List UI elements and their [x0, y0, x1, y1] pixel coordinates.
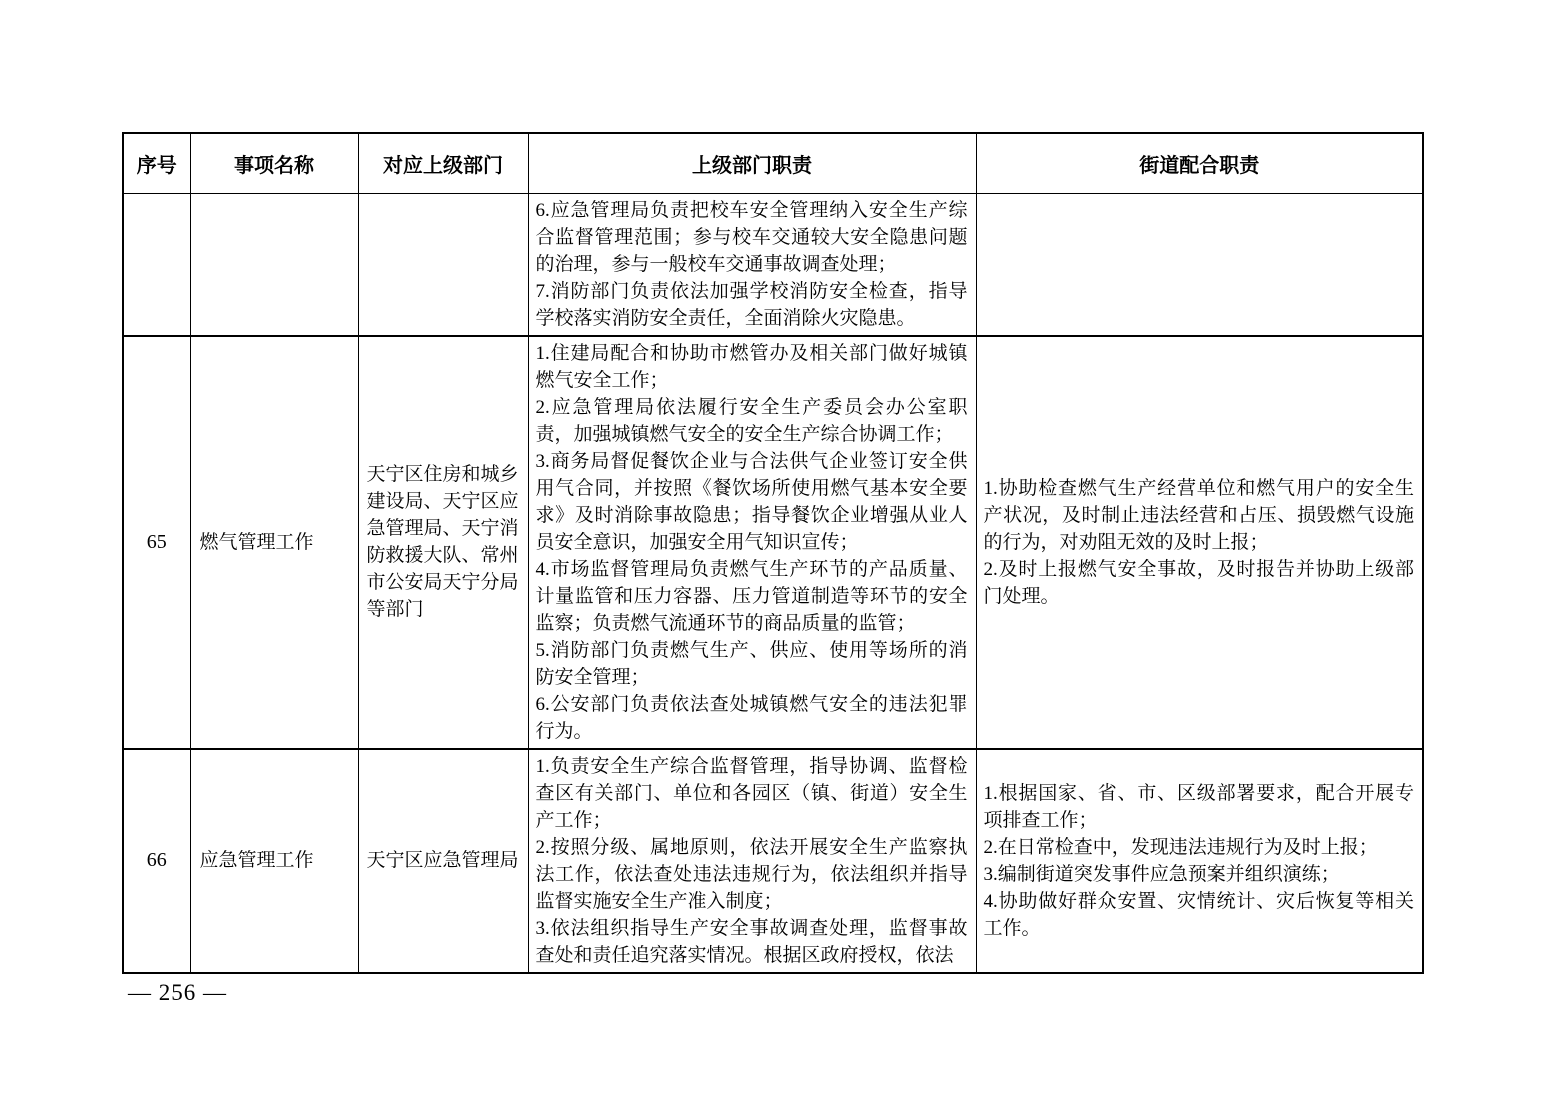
document-page: 序号 事项名称 对应上级部门 上级部门职责 街道配合职责 6.应急管理局负责把校… [0, 0, 1559, 1102]
cell-street-duties [976, 193, 1423, 336]
cell-street-duties: 1.根据国家、省、市、区级部署要求，配合开展专项排查工作； 2.在日常检查中，发… [976, 749, 1423, 973]
column-header-superior-dept: 对应上级部门 [358, 133, 528, 193]
cell-item-name [190, 193, 358, 336]
cell-item-name: 应急管理工作 [190, 749, 358, 973]
page-number: — 256 — [128, 980, 227, 1006]
cell-superior-dept [358, 193, 528, 336]
table-row-continued: 6.应急管理局负责把校车安全管理纳入安全生产综合监督管理范围；参与校车交通较大安… [123, 193, 1423, 336]
column-header-superior-duties: 上级部门职责 [528, 133, 976, 193]
cell-superior-duties: 6.应急管理局负责把校车安全管理纳入安全生产综合监督管理范围；参与校车交通较大安… [528, 193, 976, 336]
table-header-row: 序号 事项名称 对应上级部门 上级部门职责 街道配合职责 [123, 133, 1423, 193]
column-header-street-duties: 街道配合职责 [976, 133, 1423, 193]
column-header-seq: 序号 [123, 133, 190, 193]
cell-item-name: 燃气管理工作 [190, 336, 358, 749]
cell-seq: 65 [123, 336, 190, 749]
duties-table: 序号 事项名称 对应上级部门 上级部门职责 街道配合职责 6.应急管理局负责把校… [122, 132, 1424, 974]
table-row-66: 66 应急管理工作 天宁区应急管理局 1.负责安全生产综合监督管理，指导协调、监… [123, 749, 1423, 973]
cell-superior-dept: 天宁区住房和城乡建设局、天宁区应急管理局、天宁消防救援大队、常州市公安局天宁分局… [358, 336, 528, 749]
column-header-item-name: 事项名称 [190, 133, 358, 193]
table-row-65: 65 燃气管理工作 天宁区住房和城乡建设局、天宁区应急管理局、天宁消防救援大队、… [123, 336, 1423, 749]
cell-seq: 66 [123, 749, 190, 973]
cell-superior-dept: 天宁区应急管理局 [358, 749, 528, 973]
cell-superior-duties: 1.住建局配合和协助市燃管办及相关部门做好城镇燃气安全工作； 2.应急管理局依法… [528, 336, 976, 749]
cell-seq [123, 193, 190, 336]
cell-street-duties: 1.协助检查燃气生产经营单位和燃气用户的安全生产状况，及时制止违法经营和占压、损… [976, 336, 1423, 749]
cell-superior-duties: 1.负责安全生产综合监督管理，指导协调、监督检查区有关部门、单位和各园区（镇、街… [528, 749, 976, 973]
